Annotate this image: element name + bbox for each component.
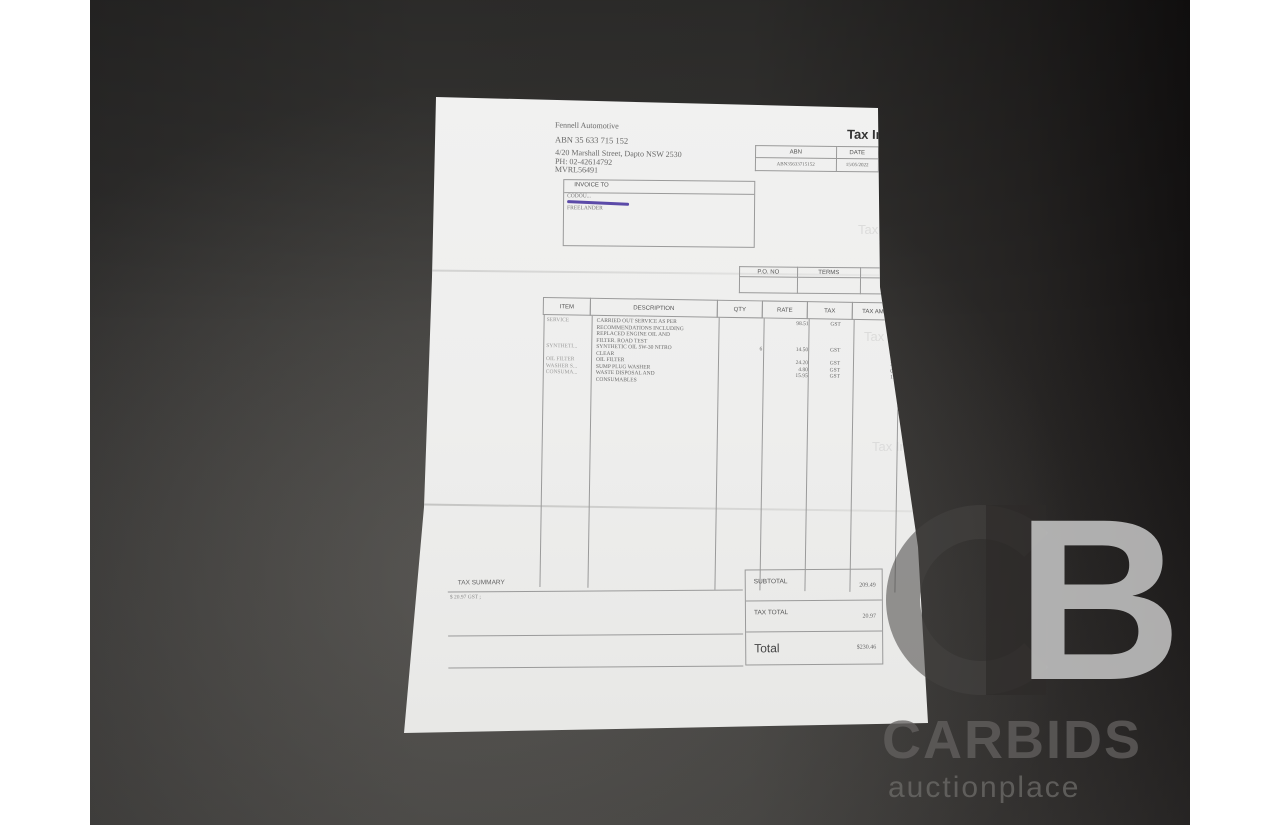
- tax-summary-line: $ 20.97 GST ;: [448, 590, 743, 602]
- tax-total-row: TAX TOTAL 20.97: [746, 601, 882, 633]
- qty-cell: [720, 320, 766, 347]
- header-col-date: DATE: [836, 146, 878, 158]
- amount-cell: 98.51: [904, 323, 944, 350]
- amount-cell: 4.80: [904, 368, 944, 375]
- company-name: Fennell Automotive: [555, 120, 619, 130]
- header-col-invoice-no: INVOICE NO: [878, 147, 927, 160]
- tax-total-label: TAX TOTAL: [754, 609, 788, 616]
- description-cell: WASTE DISPOSAL AND CONSUMABLES: [592, 370, 720, 385]
- subtotal-value: 209.49: [859, 583, 876, 589]
- logo-letter: B: [1016, 505, 1182, 695]
- totals-box: SUBTOTAL 209.49 TAX TOTAL 20.97 Total $2…: [745, 569, 884, 666]
- invoice-title: Tax Invoice: [847, 127, 917, 143]
- tax-amt-cell: 7.92: [858, 348, 904, 362]
- rate-cell: 98.51: [766, 321, 812, 348]
- amount-cell: 24.20: [904, 362, 944, 369]
- brand-tagline: auctionplace: [888, 771, 1080, 805]
- po-col-po-no: P.O. NO: [740, 267, 798, 278]
- invoice-to-box: INVOICE TO CODOU... FREELANDER: [563, 179, 756, 248]
- company-abn: ABN 35 633 715 152: [555, 134, 628, 145]
- subtotal-label: SUBTOTAL: [754, 578, 788, 585]
- po-col-project: PROJECT: [860, 268, 927, 279]
- tax-summary-box: TAX SUMMARY $ 20.97 GST ;: [448, 571, 744, 668]
- qty-cell: [720, 372, 766, 386]
- item-cell: SYNTHETI...: [544, 343, 592, 357]
- col-item: ITEM: [543, 297, 591, 316]
- tax-cell: GST: [812, 373, 858, 387]
- company-mvrl: MVRL56491: [555, 166, 682, 177]
- totals-section: TAX SUMMARY $ 20.97 GST ; SUBTOTAL 209.4…: [448, 570, 889, 668]
- qty-cell: 6: [720, 346, 766, 360]
- po-col-terms: TERMS: [797, 267, 860, 278]
- col-rate: RATE: [762, 300, 808, 319]
- col-tax-amt: TAX AMT: [852, 302, 898, 321]
- header-date-value: 15/05/2022: [836, 158, 878, 171]
- col-tax: TAX: [807, 301, 853, 320]
- col-amount: AMOUNT: [897, 303, 937, 322]
- tax-total-value: 20.97: [862, 614, 876, 620]
- tax-summary-label: TAX SUMMARY: [448, 571, 743, 592]
- po-terms-project-table: P.O. NO TERMS PROJECT: [739, 266, 928, 295]
- header-abn-value: ABN35633715152: [755, 158, 836, 172]
- tax-amt-cell: 1.45: [858, 374, 904, 388]
- project-value: [860, 278, 927, 295]
- rate-cell: 15.95: [766, 372, 812, 386]
- col-qty: QTY: [717, 300, 763, 319]
- invoice-to-line: CODOU...: [564, 193, 754, 201]
- brand-name: CARBIDS: [882, 709, 1142, 771]
- terms-value: [797, 277, 861, 294]
- tax-cell: GST: [812, 321, 858, 348]
- total-value: $230.46: [857, 645, 877, 651]
- amount-cell: 15.95: [904, 375, 944, 389]
- photo-background: Fennell Automotive ABN 35 633 715 152 4/…: [90, 0, 1190, 825]
- rate-cell: 14.50: [766, 346, 812, 360]
- invoice-header-table: ABN DATE INVOICE NO ABN35633715152 15/05…: [755, 145, 928, 173]
- header-col-abn: ABN: [756, 146, 837, 159]
- tax-amt-cell: 8.96: [858, 322, 904, 349]
- col-description: DESCRIPTION: [590, 298, 718, 318]
- header-invoice-no-value: 19974: [878, 159, 927, 173]
- tax-cell: GST: [812, 347, 858, 361]
- carbids-watermark: B CARBIDS auctionplace: [886, 505, 1166, 815]
- tax-invoice-document: Fennell Automotive ABN 35 633 715 152 4/…: [404, 97, 928, 733]
- description-cell: CARRIED OUT SERVICE AS PER RECOMMENDATIO…: [592, 318, 720, 346]
- ghost-text: Tax Invo: [858, 222, 906, 237]
- invoice-to-line: FREELANDER: [564, 205, 754, 213]
- item-cell: CONSUMA...: [544, 369, 592, 383]
- total-row: Total $230.46: [746, 632, 882, 664]
- subtotal-row: SUBTOTAL 209.49: [746, 570, 882, 602]
- item-cell: SERVICE: [544, 317, 592, 344]
- company-address: 4/20 Marshall Street, Dapto NSW 2530 PH:…: [555, 149, 682, 177]
- amount-cell: 87.00: [904, 349, 944, 363]
- po-no-value: [739, 277, 797, 294]
- total-label: Total: [754, 641, 779, 655]
